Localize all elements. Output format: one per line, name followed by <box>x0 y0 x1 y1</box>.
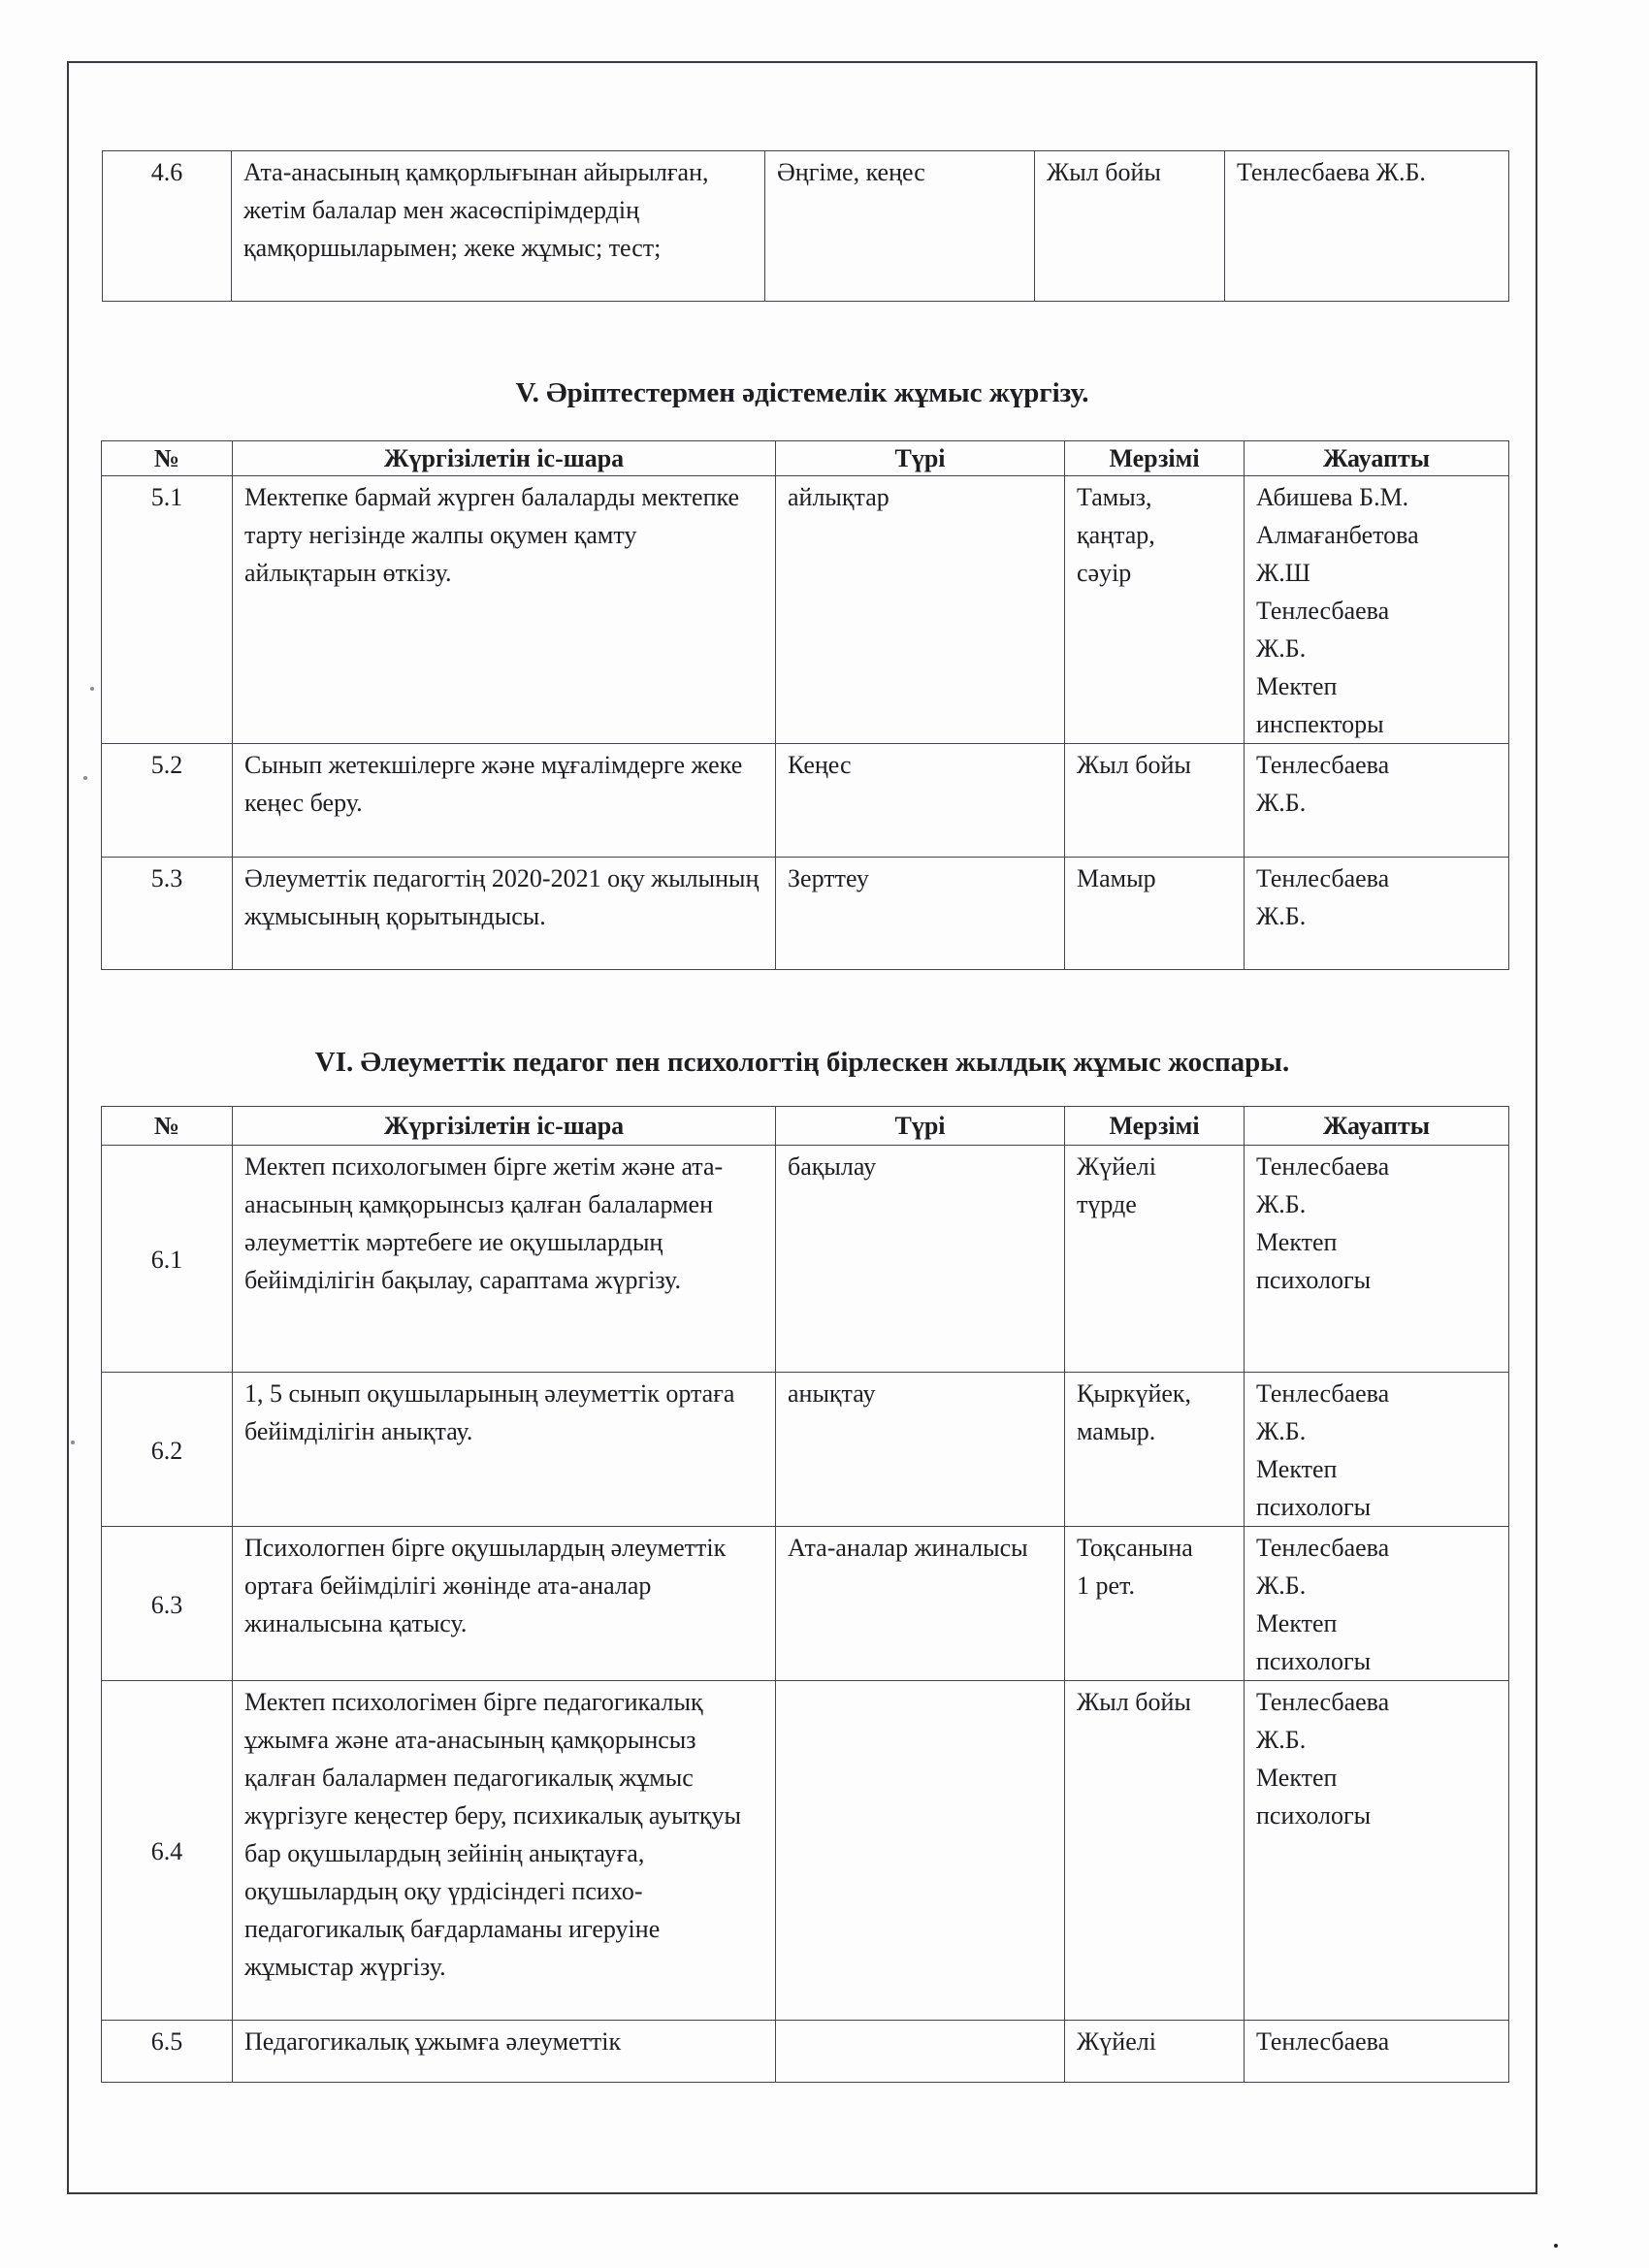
table-row: 6.1 Мектеп психологымен бірге жетім және… <box>102 1146 1509 1373</box>
section-6-title: VI. Әлеуметтік педагог пен психологтің б… <box>67 1046 1537 1079</box>
type-cell: Ата-аналар жиналысы <box>776 1527 1065 1681</box>
header-number: № <box>102 1107 233 1146</box>
table-section-6: № Жүргізілетін іс-шара Түрі Мерзімі Жауа… <box>101 1106 1509 2083</box>
header-deadline: Мерзімі <box>1065 441 1245 476</box>
header-number: № <box>102 441 233 476</box>
row-number: 5.2 <box>102 744 233 858</box>
deadline-cell: Қыркүйек, мамыр. <box>1065 1373 1245 1527</box>
section-5-title: V. Әріптестермен әдістемелік жұмыс жүргі… <box>67 376 1537 409</box>
responsible-cell: Тенлесбаева Ж.Б. <box>1225 151 1509 302</box>
responsible-cell: Тенлесбаева Ж.Б. Мектеп психологы <box>1245 1681 1509 2021</box>
deadline-cell: Жыл бойы <box>1065 1681 1245 2021</box>
table-header-row: № Жүргізілетін іс-шара Түрі Мерзімі Жауа… <box>102 1107 1509 1146</box>
event-cell: Әлеуметтік педагогтің 2020-2021 оқу жылы… <box>233 858 776 970</box>
responsible-cell: Тенлесбаева <box>1245 2021 1509 2083</box>
table-section-5: № Жүргізілетін іс-шара Түрі Мерзімі Жауа… <box>101 440 1509 970</box>
event-cell: Психологпен бірге оқушылардың әлеуметтік… <box>233 1527 776 1681</box>
table-row: 6.4 Мектеп психологімен бірге педагогика… <box>102 1681 1509 2021</box>
header-responsible: Жауапты <box>1245 441 1509 476</box>
type-cell: Зерттеу <box>776 858 1065 970</box>
event-cell: Педагогикалық ұжымға әлеуметтік <box>233 2021 776 2083</box>
row-number: 4.6 <box>103 151 232 302</box>
responsible-cell: Абишева Б.М. Алмағанбетова Ж.Ш Тенлесбае… <box>1245 476 1509 744</box>
event-cell: Мектепке бармай жүрген балаларды мектепк… <box>233 476 776 744</box>
deadline-cell: Жыл бойы <box>1035 151 1225 302</box>
responsible-cell: Тенлесбаева Ж.Б. <box>1245 858 1509 970</box>
type-cell: бақылау <box>776 1146 1065 1373</box>
table-row: 5.2 Сынып жетекшілерге және мұғалімдерге… <box>102 744 1509 858</box>
deadline-cell: Жыл бойы <box>1065 744 1245 858</box>
deadline-cell: Жүйелі түрде <box>1065 1146 1245 1373</box>
header-event: Жүргізілетін іс-шара <box>233 1107 776 1146</box>
event-cell: 1, 5 сынып оқушыларының әлеуметтік ортағ… <box>233 1373 776 1527</box>
table-row: 5.1 Мектепке бармай жүрген балаларды мек… <box>102 476 1509 744</box>
type-cell: Кеңес <box>776 744 1065 858</box>
table-row: 6.3 Психологпен бірге оқушылардың әлеуме… <box>102 1527 1509 1681</box>
type-cell: Әңгіме, кеңес <box>765 151 1035 302</box>
type-cell <box>776 2021 1065 2083</box>
row-number: 6.2 <box>102 1373 233 1527</box>
table-row: 6.2 1, 5 сынып оқушыларының әлеуметтік о… <box>102 1373 1509 1527</box>
row-number: 6.1 <box>102 1146 233 1373</box>
header-type: Түрі <box>776 1107 1065 1146</box>
deadline-cell: Тамыз, қаңтар, сәуір <box>1065 476 1245 744</box>
scan-speck <box>83 776 87 780</box>
row-number: 5.3 <box>102 858 233 970</box>
responsible-cell: Тенлесбаева Ж.Б. Мектеп психологы <box>1245 1527 1509 1681</box>
event-cell: Сынып жетекшілерге және мұғалімдерге жек… <box>233 744 776 858</box>
deadline-cell: Жүйелі <box>1065 2021 1245 2083</box>
row-number: 6.5 <box>102 2021 233 2083</box>
header-responsible: Жауапты <box>1245 1107 1509 1146</box>
row-number: 5.1 <box>102 476 233 744</box>
header-event: Жүргізілетін іс-шара <box>233 441 776 476</box>
event-cell: Мектеп психологімен бірге педагогикалық … <box>233 1681 776 2021</box>
table-row: 4.6 Ата-анасының қамқорлығынан айырылған… <box>103 151 1509 302</box>
event-cell: Ата-анасының қамқорлығынан айырылған, же… <box>232 151 765 302</box>
table-section-4-continued: 4.6 Ата-анасының қамқорлығынан айырылған… <box>102 150 1509 302</box>
type-cell <box>776 1681 1065 2021</box>
scan-speck <box>90 687 94 691</box>
responsible-cell: Тенлесбаева Ж.Б. <box>1245 744 1509 858</box>
header-deadline: Мерзімі <box>1065 1107 1245 1146</box>
deadline-cell: Тоқсанына 1 рет. <box>1065 1527 1245 1681</box>
scan-speck <box>1554 2244 1558 2248</box>
table-header-row: № Жүргізілетін іс-шара Түрі Мерзімі Жауа… <box>102 441 1509 476</box>
event-cell: Мектеп психологымен бірге жетім және ата… <box>233 1146 776 1373</box>
row-number: 6.4 <box>102 1681 233 2021</box>
scan-speck <box>71 1441 75 1444</box>
table-row: 6.5 Педагогикалық ұжымға әлеуметтік Жүйе… <box>102 2021 1509 2083</box>
deadline-cell: Мамыр <box>1065 858 1245 970</box>
table-row: 5.3 Әлеуметтік педагогтің 2020-2021 оқу … <box>102 858 1509 970</box>
type-cell: айлықтар <box>776 476 1065 744</box>
type-cell: анықтау <box>776 1373 1065 1527</box>
responsible-cell: Тенлесбаева Ж.Б. Мектеп психологы <box>1245 1373 1509 1527</box>
responsible-cell: Тенлесбаева Ж.Б. Мектеп психологы <box>1245 1146 1509 1373</box>
header-type: Түрі <box>776 441 1065 476</box>
row-number: 6.3 <box>102 1527 233 1681</box>
